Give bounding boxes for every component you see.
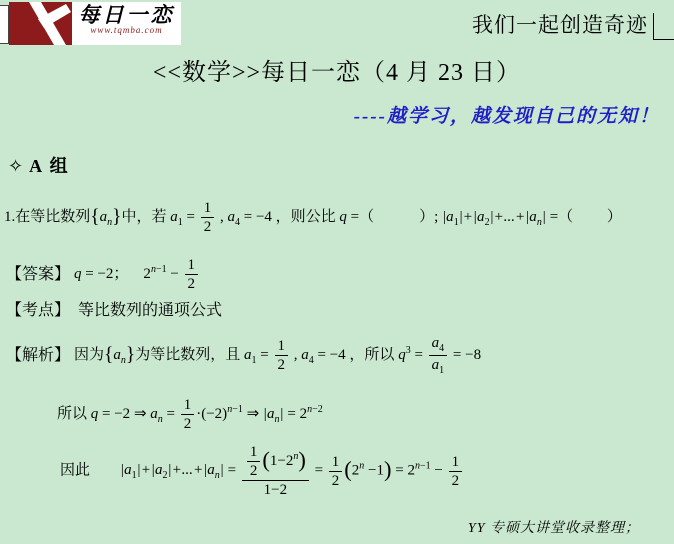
logo-site-url: www.tqmba.com [72, 26, 181, 35]
section-heading-a: ✧A 组 [8, 152, 70, 178]
handwritten-motto: ----越学习，越发现自己的无知！ [354, 101, 660, 128]
footer-credit: YY 专硕大讲堂收录整理； [468, 517, 640, 537]
analysis-label: 【解析】 [6, 346, 70, 366]
answer-line: 【答案】 q = −2； 2n−1 − 12 [6, 256, 200, 293]
topic-line: 【考点】 等比数列的通项公式 [6, 301, 222, 321]
diamond-icon: ✧ [8, 156, 23, 176]
header-left-strip [0, 5, 9, 44]
analysis-line-2: 所以 q = −2 ⇒ an = 12·(−2)n−1 ⇒ |an| = 2n−… [57, 396, 323, 433]
logo-k-icon [9, 2, 72, 45]
analysis-line-1: 【解析】 因为{an}为等比数列，且 a1 = 12 , a4 = −4 ，所以… [6, 334, 481, 377]
analysis-line-3: 因此 |a1|+|a2|+...+|an| = 12(1−2n)1−2 = 12… [60, 443, 464, 499]
analysis-formula-1: 因为{an}为等比数列，且 a1 = 12 , a4 = −4 ，所以 q3 =… [74, 334, 481, 377]
answer-label: 【答案】 [6, 265, 70, 285]
document-page: 每日一恋 www.tqmba.com 我们一起创造奇迹 <<数学>>每日一恋（4… [0, 0, 674, 544]
empty-box-glyph [653, 13, 674, 40]
page-title: <<数学>>每日一恋（4 月 23 日） [0, 52, 674, 87]
header-slogan: 我们一起创造奇迹 [472, 9, 648, 39]
section-label: A 组 [29, 156, 70, 176]
topic-text: 等比数列的通项公式 [78, 302, 222, 319]
question-1: 1.在等比数列{an}中，若 a1 = 12 , a4 = −4 ，则公比 q … [4, 199, 672, 236]
logo-text-block: 每日一恋 www.tqmba.com [72, 2, 181, 45]
answer-formula: q = −2； 2n−1 − 12 [74, 256, 200, 293]
brand-logo: 每日一恋 www.tqmba.com [9, 2, 181, 45]
topic-label: 【考点】 [6, 302, 70, 319]
logo-calligraphy: 每日一恋 [72, 4, 181, 26]
